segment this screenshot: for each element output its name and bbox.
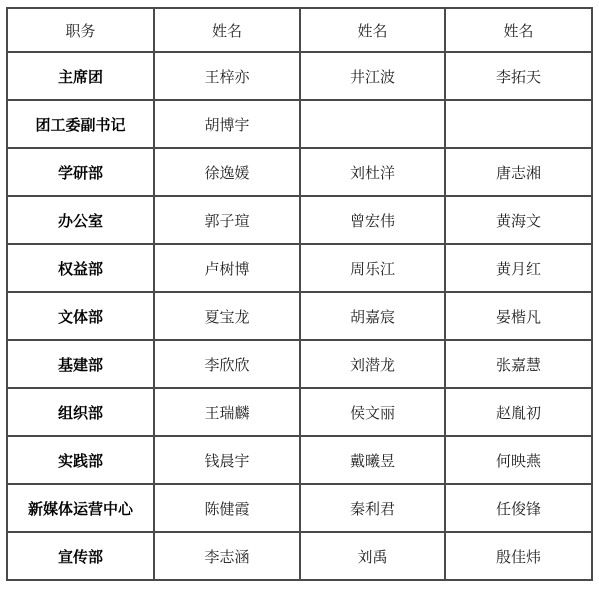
name-cell: 赵胤初 bbox=[445, 388, 592, 436]
position-cell: 团工委副书记 bbox=[7, 100, 154, 148]
position-cell: 组织部 bbox=[7, 388, 154, 436]
name-cell: 李欣欣 bbox=[154, 340, 300, 388]
name-cell: 刘杜洋 bbox=[300, 148, 445, 196]
position-cell: 新媒体运营中心 bbox=[7, 484, 154, 532]
header-cell-name-1: 姓名 bbox=[154, 8, 300, 52]
header-row: 职务姓名姓名姓名 bbox=[7, 8, 592, 52]
name-cell: 李拓天 bbox=[445, 52, 592, 100]
name-cell: 徐逸媛 bbox=[154, 148, 300, 196]
name-cell: 曾宏伟 bbox=[300, 196, 445, 244]
name-cell: 钱晨宇 bbox=[154, 436, 300, 484]
table-row: 文体部夏宝龙胡嘉宸晏楷凡 bbox=[7, 292, 592, 340]
position-cell: 文体部 bbox=[7, 292, 154, 340]
table-row: 权益部卢树博周乐江黄月红 bbox=[7, 244, 592, 292]
position-cell: 实践部 bbox=[7, 436, 154, 484]
page: 职务姓名姓名姓名 主席团王梓亦井江波李拓天团工委副书记胡博宇学研部徐逸媛刘杜洋唐… bbox=[0, 0, 599, 592]
table-row: 主席团王梓亦井江波李拓天 bbox=[7, 52, 592, 100]
name-cell: 郭子瑄 bbox=[154, 196, 300, 244]
name-cell: 陈健霞 bbox=[154, 484, 300, 532]
name-cell: 殷佳炜 bbox=[445, 532, 592, 580]
header-cell-name-2: 姓名 bbox=[300, 8, 445, 52]
table-row: 基建部李欣欣刘潜龙张嘉慧 bbox=[7, 340, 592, 388]
table-row: 宣传部李志涵刘禹殷佳炜 bbox=[7, 532, 592, 580]
name-cell: 张嘉慧 bbox=[445, 340, 592, 388]
name-cell: 李志涵 bbox=[154, 532, 300, 580]
name-cell: 王瑞麟 bbox=[154, 388, 300, 436]
position-cell: 宣传部 bbox=[7, 532, 154, 580]
name-cell: 刘潜龙 bbox=[300, 340, 445, 388]
name-cell bbox=[445, 100, 592, 148]
name-cell: 卢树博 bbox=[154, 244, 300, 292]
header-cell-position: 职务 bbox=[7, 8, 154, 52]
name-cell: 唐志湘 bbox=[445, 148, 592, 196]
name-cell: 井江波 bbox=[300, 52, 445, 100]
name-cell: 何映燕 bbox=[445, 436, 592, 484]
header-cell-name-3: 姓名 bbox=[445, 8, 592, 52]
name-cell: 周乐江 bbox=[300, 244, 445, 292]
name-cell: 胡嘉宸 bbox=[300, 292, 445, 340]
table-row: 团工委副书记胡博宇 bbox=[7, 100, 592, 148]
name-cell: 胡博宇 bbox=[154, 100, 300, 148]
position-cell: 办公室 bbox=[7, 196, 154, 244]
name-cell: 黄月红 bbox=[445, 244, 592, 292]
table-row: 新媒体运营中心陈健霞秦利君任俊锋 bbox=[7, 484, 592, 532]
table-body: 主席团王梓亦井江波李拓天团工委副书记胡博宇学研部徐逸媛刘杜洋唐志湘办公室郭子瑄曾… bbox=[7, 52, 592, 580]
position-cell: 主席团 bbox=[7, 52, 154, 100]
name-cell: 戴曦昱 bbox=[300, 436, 445, 484]
table-row: 学研部徐逸媛刘杜洋唐志湘 bbox=[7, 148, 592, 196]
name-cell: 刘禹 bbox=[300, 532, 445, 580]
position-cell: 权益部 bbox=[7, 244, 154, 292]
name-cell: 任俊锋 bbox=[445, 484, 592, 532]
name-cell: 王梓亦 bbox=[154, 52, 300, 100]
table-row: 实践部钱晨宇戴曦昱何映燕 bbox=[7, 436, 592, 484]
name-cell bbox=[300, 100, 445, 148]
position-cell: 基建部 bbox=[7, 340, 154, 388]
table-row: 办公室郭子瑄曾宏伟黄海文 bbox=[7, 196, 592, 244]
name-cell: 侯文丽 bbox=[300, 388, 445, 436]
name-cell: 晏楷凡 bbox=[445, 292, 592, 340]
position-cell: 学研部 bbox=[7, 148, 154, 196]
name-cell: 黄海文 bbox=[445, 196, 592, 244]
name-cell: 夏宝龙 bbox=[154, 292, 300, 340]
name-cell: 秦利君 bbox=[300, 484, 445, 532]
table-row: 组织部王瑞麟侯文丽赵胤初 bbox=[7, 388, 592, 436]
roster-table: 职务姓名姓名姓名 主席团王梓亦井江波李拓天团工委副书记胡博宇学研部徐逸媛刘杜洋唐… bbox=[6, 7, 593, 581]
